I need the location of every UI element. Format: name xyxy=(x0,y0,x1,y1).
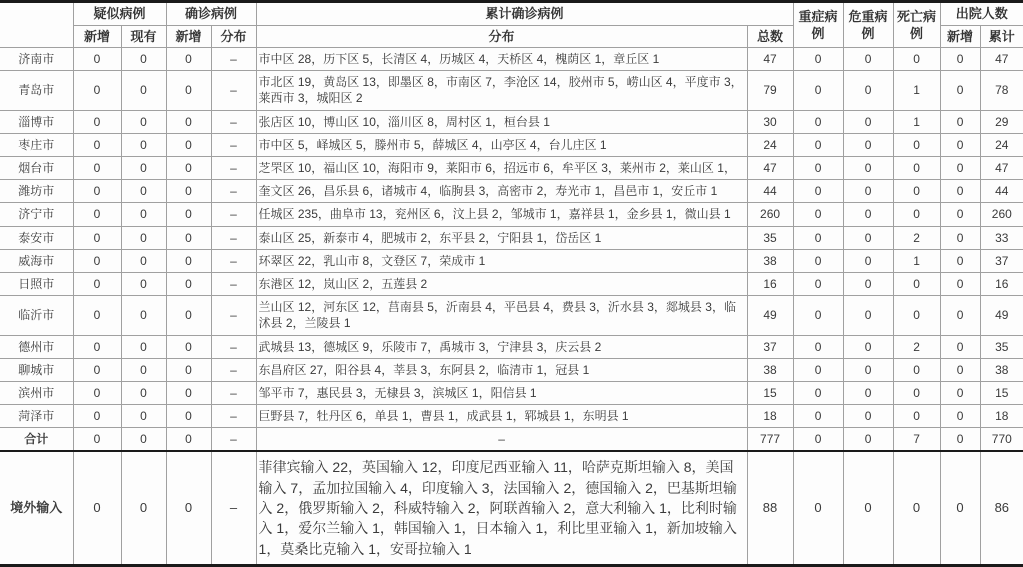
table-body: 济南市000–市中区 28，历下区 5，长清区 4，历城区 4，天桥区 4，槐荫… xyxy=(0,48,1023,566)
cell-suspected-new: 0 xyxy=(73,71,121,110)
cell-severe: 0 xyxy=(793,203,843,226)
cell-confirmed-dist: – xyxy=(211,48,256,71)
table-row: 潍坊市000–奎文区 26，昌乐县 6，诸城市 4，临朐县 3，高密市 2，寿光… xyxy=(0,180,1023,203)
cell-discharged-new: 0 xyxy=(940,381,980,404)
cell-suspected-existing: 0 xyxy=(121,249,166,272)
cell-suspected-new: 0 xyxy=(73,451,121,565)
cell-death: 0 xyxy=(893,381,940,404)
cell-confirmed-new: 0 xyxy=(166,110,211,133)
cell-critical: 0 xyxy=(843,335,893,358)
cell-critical: 0 xyxy=(843,226,893,249)
cell-cumulative-distribution: 邹平市 7，惠民县 3，无棣县 3，滨城区 1，阳信县 1 xyxy=(256,381,747,404)
cell-severe: 0 xyxy=(793,249,843,272)
confirmed-dist-header: 分布 xyxy=(211,25,256,48)
cell-cumulative-distribution: 泰山区 25，新泰市 4，肥城市 2，东平县 2，宁阳县 1，岱岳区 1 xyxy=(256,226,747,249)
cell-suspected-existing: 0 xyxy=(121,381,166,404)
cell-suspected-new: 0 xyxy=(73,203,121,226)
cell-discharged-cum: 35 xyxy=(980,335,1023,358)
cell-discharged-cum: 33 xyxy=(980,226,1023,249)
severe-cases-header: 重症病例 xyxy=(793,2,843,48)
cell-confirmed-new: 0 xyxy=(166,157,211,180)
cell-confirmed-new: 0 xyxy=(166,180,211,203)
death-cases-header: 死亡病例 xyxy=(893,2,940,48)
cell-severe: 0 xyxy=(793,110,843,133)
cell-discharged-new: 0 xyxy=(940,249,980,272)
cell-confirmed-dist: – xyxy=(211,180,256,203)
cell-suspected-existing: 0 xyxy=(121,272,166,295)
cell-cumulative-distribution: 奎文区 26，昌乐县 6，诸城市 4，临朐县 3，高密市 2，寿光市 1，昌邑市… xyxy=(256,180,747,203)
cell-severe: 0 xyxy=(793,335,843,358)
cell-discharged-new: 0 xyxy=(940,428,980,452)
epidemic-stats-table: 疑似病例 确诊病例 累计确诊病例 重症病例 危重病例 死亡病例 出院人数 新增 … xyxy=(0,0,1023,567)
cell-confirmed-dist: – xyxy=(211,381,256,404)
cell-cumulative-distribution: 菲律宾输入 22，英国输入 12，印度尼西亚输入 11，哈萨克斯坦输入 8，美国… xyxy=(256,451,747,565)
cell-confirmed-dist: – xyxy=(211,296,256,335)
cell-cumulative-distribution: – xyxy=(256,428,747,452)
cell-death: 2 xyxy=(893,335,940,358)
cell-cumulative-total: 47 xyxy=(747,48,793,71)
cell-discharged-new: 0 xyxy=(940,157,980,180)
cell-cumulative-total: 777 xyxy=(747,428,793,452)
row-label: 枣庄市 xyxy=(0,133,73,156)
cell-death: 7 xyxy=(893,428,940,452)
cell-discharged-new: 0 xyxy=(940,226,980,249)
cell-death: 0 xyxy=(893,203,940,226)
cell-discharged-cum: 24 xyxy=(980,133,1023,156)
cell-confirmed-dist: – xyxy=(211,71,256,110)
cell-confirmed-new: 0 xyxy=(166,48,211,71)
cell-discharged-cum: 78 xyxy=(980,71,1023,110)
cell-suspected-existing: 0 xyxy=(121,71,166,110)
cell-suspected-existing: 0 xyxy=(121,296,166,335)
cell-discharged-new: 0 xyxy=(940,451,980,565)
cell-suspected-new: 0 xyxy=(73,226,121,249)
cell-suspected-existing: 0 xyxy=(121,451,166,565)
cell-discharged-cum: 260 xyxy=(980,203,1023,226)
cell-confirmed-dist: – xyxy=(211,249,256,272)
cell-severe: 0 xyxy=(793,157,843,180)
cell-cumulative-distribution: 巨野县 7，牡丹区 6，单县 1，曹县 1，成武县 1，郓城县 1，东明县 1 xyxy=(256,405,747,428)
cell-death: 1 xyxy=(893,110,940,133)
cell-cumulative-total: 18 xyxy=(747,405,793,428)
table-row: 德州市000–武城县 13，德城区 9，乐陵市 7，禹城市 3，宁津县 3，庆云… xyxy=(0,335,1023,358)
cell-critical: 0 xyxy=(843,180,893,203)
cell-cumulative-distribution: 东港区 12，岚山区 2，五莲县 2 xyxy=(256,272,747,295)
cell-discharged-new: 0 xyxy=(940,358,980,381)
cell-suspected-new: 0 xyxy=(73,296,121,335)
cell-critical: 0 xyxy=(843,71,893,110)
cell-critical: 0 xyxy=(843,358,893,381)
row-label: 威海市 xyxy=(0,249,73,272)
cell-cumulative-total: 47 xyxy=(747,157,793,180)
cell-cumulative-distribution: 东昌府区 27，阳谷县 4，莘县 3，东阿县 2，临清市 1，冠县 1 xyxy=(256,358,747,381)
cell-severe: 0 xyxy=(793,180,843,203)
cell-critical: 0 xyxy=(843,381,893,404)
suspected-existing-header: 现有 xyxy=(121,25,166,48)
cell-cumulative-distribution: 芝罘区 10，福山区 10，海阳市 9，莱阳市 6，招远市 6，牟平区 3，莱州… xyxy=(256,157,747,180)
row-label: 合计 xyxy=(0,428,73,452)
cell-critical: 0 xyxy=(843,428,893,452)
cell-death: 1 xyxy=(893,249,940,272)
row-label: 济南市 xyxy=(0,48,73,71)
cell-discharged-cum: 47 xyxy=(980,48,1023,71)
cell-discharged-cum: 15 xyxy=(980,381,1023,404)
cell-suspected-new: 0 xyxy=(73,157,121,180)
cell-confirmed-dist: – xyxy=(211,335,256,358)
cell-confirmed-dist: – xyxy=(211,110,256,133)
table-row: 济宁市000–任城区 235，曲阜市 13，兖州区 6，汶上县 2，邹城市 1，… xyxy=(0,203,1023,226)
cell-severe: 0 xyxy=(793,428,843,452)
critical-cases-header: 危重病例 xyxy=(843,2,893,48)
cell-confirmed-new: 0 xyxy=(166,203,211,226)
cell-suspected-new: 0 xyxy=(73,48,121,71)
row-label: 菏泽市 xyxy=(0,405,73,428)
cell-cumulative-total: 38 xyxy=(747,358,793,381)
cell-suspected-new: 0 xyxy=(73,272,121,295)
cell-confirmed-new: 0 xyxy=(166,71,211,110)
cell-discharged-new: 0 xyxy=(940,110,980,133)
table-row: 泰安市000–泰山区 25，新泰市 4，肥城市 2，东平县 2，宁阳县 1，岱岳… xyxy=(0,226,1023,249)
cell-critical: 0 xyxy=(843,157,893,180)
table-row: 菏泽市000–巨野县 7，牡丹区 6，单县 1，曹县 1，成武县 1，郓城县 1… xyxy=(0,405,1023,428)
discharged-new-header: 新增 xyxy=(940,25,980,48)
discharged-cum-header: 累计 xyxy=(980,25,1023,48)
cumulative-total-header: 总数 xyxy=(747,25,793,48)
cell-severe: 0 xyxy=(793,451,843,565)
cell-discharged-cum: 29 xyxy=(980,110,1023,133)
cell-death: 0 xyxy=(893,48,940,71)
row-label: 临沂市 xyxy=(0,296,73,335)
cell-suspected-new: 0 xyxy=(73,358,121,381)
cell-cumulative-total: 44 xyxy=(747,180,793,203)
table-row: 滨州市000–邹平市 7，惠民县 3，无棣县 3，滨城区 1，阳信县 11500… xyxy=(0,381,1023,404)
cell-severe: 0 xyxy=(793,358,843,381)
cell-confirmed-new: 0 xyxy=(166,335,211,358)
cell-cumulative-total: 16 xyxy=(747,272,793,295)
cell-discharged-cum: 16 xyxy=(980,272,1023,295)
cell-suspected-new: 0 xyxy=(73,405,121,428)
cell-suspected-new: 0 xyxy=(73,133,121,156)
cumulative-confirmed-group-header: 累计确诊病例 xyxy=(256,2,793,26)
cell-death: 0 xyxy=(893,157,940,180)
cell-cumulative-total: 37 xyxy=(747,335,793,358)
cell-severe: 0 xyxy=(793,71,843,110)
cell-confirmed-dist: – xyxy=(211,133,256,156)
cell-discharged-new: 0 xyxy=(940,48,980,71)
cell-suspected-existing: 0 xyxy=(121,110,166,133)
cell-suspected-existing: 0 xyxy=(121,405,166,428)
cell-critical: 0 xyxy=(843,203,893,226)
cell-cumulative-distribution: 兰山区 12，河东区 12，莒南县 5，沂南县 4，平邑县 4，费县 3，沂水县… xyxy=(256,296,747,335)
cell-suspected-new: 0 xyxy=(73,381,121,404)
cell-critical: 0 xyxy=(843,133,893,156)
cell-cumulative-distribution: 任城区 235，曲阜市 13，兖州区 6，汶上县 2，邹城市 1，嘉祥县 1，金… xyxy=(256,203,747,226)
row-label: 淄博市 xyxy=(0,110,73,133)
cell-cumulative-distribution: 市中区 28，历下区 5，长清区 4，历城区 4，天桥区 4，槐荫区 1，章丘区… xyxy=(256,48,747,71)
cell-confirmed-new: 0 xyxy=(166,451,211,565)
cell-discharged-cum: 37 xyxy=(980,249,1023,272)
row-label: 烟台市 xyxy=(0,157,73,180)
suspected-new-header: 新增 xyxy=(73,25,121,48)
cell-confirmed-new: 0 xyxy=(166,358,211,381)
cell-death: 2 xyxy=(893,226,940,249)
cell-discharged-new: 0 xyxy=(940,296,980,335)
cell-suspected-existing: 0 xyxy=(121,226,166,249)
table-row: 青岛市000–市北区 19，黄岛区 13，即墨区 8，市南区 7，李沧区 14，… xyxy=(0,71,1023,110)
cell-confirmed-dist: – xyxy=(211,428,256,452)
table-header: 疑似病例 确诊病例 累计确诊病例 重症病例 危重病例 死亡病例 出院人数 新增 … xyxy=(0,2,1023,48)
cell-discharged-cum: 49 xyxy=(980,296,1023,335)
cumulative-dist-header: 分布 xyxy=(256,25,747,48)
cell-cumulative-total: 24 xyxy=(747,133,793,156)
cell-discharged-new: 0 xyxy=(940,405,980,428)
cell-death: 0 xyxy=(893,405,940,428)
cell-cumulative-total: 88 xyxy=(747,451,793,565)
cell-confirmed-new: 0 xyxy=(166,381,211,404)
cell-discharged-new: 0 xyxy=(940,133,980,156)
cell-suspected-new: 0 xyxy=(73,428,121,452)
cell-cumulative-total: 38 xyxy=(747,249,793,272)
cell-discharged-new: 0 xyxy=(940,272,980,295)
cell-severe: 0 xyxy=(793,296,843,335)
cell-confirmed-new: 0 xyxy=(166,296,211,335)
discharged-group-header: 出院人数 xyxy=(940,2,1023,26)
cell-death: 1 xyxy=(893,71,940,110)
cell-confirmed-dist: – xyxy=(211,272,256,295)
row-label: 青岛市 xyxy=(0,71,73,110)
cell-suspected-existing: 0 xyxy=(121,133,166,156)
cell-suspected-existing: 0 xyxy=(121,203,166,226)
cell-suspected-new: 0 xyxy=(73,249,121,272)
cell-confirmed-new: 0 xyxy=(166,133,211,156)
cell-death: 0 xyxy=(893,451,940,565)
table-row: 烟台市000–芝罘区 10，福山区 10，海阳市 9，莱阳市 6，招远市 6，牟… xyxy=(0,157,1023,180)
cell-discharged-new: 0 xyxy=(940,203,980,226)
table-row: 合计000––7770070770 xyxy=(0,428,1023,452)
cell-critical: 0 xyxy=(843,110,893,133)
cell-confirmed-dist: – xyxy=(211,203,256,226)
cell-suspected-existing: 0 xyxy=(121,335,166,358)
cell-confirmed-new: 0 xyxy=(166,272,211,295)
cell-suspected-new: 0 xyxy=(73,180,121,203)
cell-critical: 0 xyxy=(843,48,893,71)
cell-cumulative-total: 260 xyxy=(747,203,793,226)
cell-cumulative-total: 49 xyxy=(747,296,793,335)
cell-death: 0 xyxy=(893,133,940,156)
cell-cumulative-distribution: 环翠区 22，乳山市 8，文登区 7，荣成市 1 xyxy=(256,249,747,272)
cell-confirmed-dist: – xyxy=(211,451,256,565)
row-label: 济宁市 xyxy=(0,203,73,226)
cell-severe: 0 xyxy=(793,405,843,428)
cell-suspected-new: 0 xyxy=(73,335,121,358)
cell-cumulative-distribution: 市北区 19，黄岛区 13，即墨区 8，市南区 7，李沧区 14，胶州市 5，崂… xyxy=(256,71,747,110)
cell-cumulative-total: 15 xyxy=(747,381,793,404)
cell-severe: 0 xyxy=(793,48,843,71)
cell-critical: 0 xyxy=(843,451,893,565)
cell-discharged-new: 0 xyxy=(940,180,980,203)
cell-cumulative-distribution: 张店区 10，博山区 10，淄川区 8，周村区 1，桓台县 1 xyxy=(256,110,747,133)
cell-discharged-new: 0 xyxy=(940,335,980,358)
cell-cumulative-total: 79 xyxy=(747,71,793,110)
cell-confirmed-dist: – xyxy=(211,358,256,381)
cell-death: 0 xyxy=(893,358,940,381)
cell-cumulative-distribution: 武城县 13，德城区 9，乐陵市 7，禹城市 3，宁津县 3，庆云县 2 xyxy=(256,335,747,358)
epidemic-report-page: 疑似病例 确诊病例 累计确诊病例 重症病例 危重病例 死亡病例 出院人数 新增 … xyxy=(0,0,1023,567)
row-label: 境外输入 xyxy=(0,451,73,565)
cell-severe: 0 xyxy=(793,226,843,249)
city-column-header xyxy=(0,2,73,48)
cell-suspected-existing: 0 xyxy=(121,157,166,180)
cell-critical: 0 xyxy=(843,249,893,272)
confirmed-cases-group-header: 确诊病例 xyxy=(166,2,256,26)
table-row: 临沂市000–兰山区 12，河东区 12，莒南县 5，沂南县 4，平邑县 4，费… xyxy=(0,296,1023,335)
table-row: 聊城市000–东昌府区 27，阳谷县 4，莘县 3，东阿县 2，临清市 1，冠县… xyxy=(0,358,1023,381)
cell-discharged-cum: 38 xyxy=(980,358,1023,381)
cell-cumulative-total: 35 xyxy=(747,226,793,249)
row-label: 德州市 xyxy=(0,335,73,358)
cell-death: 0 xyxy=(893,272,940,295)
table-row: 枣庄市000–市中区 5，峄城区 5，滕州市 5，薛城区 4，山亭区 4，台儿庄… xyxy=(0,133,1023,156)
cell-severe: 0 xyxy=(793,133,843,156)
cell-confirmed-dist: – xyxy=(211,405,256,428)
cell-discharged-cum: 770 xyxy=(980,428,1023,452)
cell-severe: 0 xyxy=(793,381,843,404)
cell-critical: 0 xyxy=(843,272,893,295)
suspected-cases-group-header: 疑似病例 xyxy=(73,2,166,26)
cell-confirmed-new: 0 xyxy=(166,249,211,272)
cell-death: 0 xyxy=(893,180,940,203)
header-group-row: 疑似病例 确诊病例 累计确诊病例 重症病例 危重病例 死亡病例 出院人数 xyxy=(0,2,1023,26)
row-label: 泰安市 xyxy=(0,226,73,249)
cell-discharged-cum: 86 xyxy=(980,451,1023,565)
cell-confirmed-new: 0 xyxy=(166,226,211,249)
confirmed-new-header: 新增 xyxy=(166,25,211,48)
cell-suspected-existing: 0 xyxy=(121,358,166,381)
table-row: 济南市000–市中区 28，历下区 5，长清区 4，历城区 4，天桥区 4，槐荫… xyxy=(0,48,1023,71)
cell-critical: 0 xyxy=(843,405,893,428)
table-row: 淄博市000–张店区 10，博山区 10，淄川区 8，周村区 1，桓台县 130… xyxy=(0,110,1023,133)
row-label: 日照市 xyxy=(0,272,73,295)
cell-confirmed-new: 0 xyxy=(166,428,211,452)
cell-discharged-cum: 18 xyxy=(980,405,1023,428)
row-label: 滨州市 xyxy=(0,381,73,404)
cell-cumulative-distribution: 市中区 5，峄城区 5，滕州市 5，薛城区 4，山亭区 4，台儿庄区 1 xyxy=(256,133,747,156)
cell-discharged-cum: 44 xyxy=(980,180,1023,203)
cell-critical: 0 xyxy=(843,296,893,335)
table-row: 境外输入000–菲律宾输入 22，英国输入 12，印度尼西亚输入 11，哈萨克斯… xyxy=(0,451,1023,565)
table-row: 日照市000–东港区 12，岚山区 2，五莲县 216000016 xyxy=(0,272,1023,295)
cell-confirmed-new: 0 xyxy=(166,405,211,428)
table-row: 威海市000–环翠区 22，乳山市 8，文登区 7，荣成市 138001037 xyxy=(0,249,1023,272)
cell-suspected-new: 0 xyxy=(73,110,121,133)
cell-confirmed-dist: – xyxy=(211,157,256,180)
cell-discharged-cum: 47 xyxy=(980,157,1023,180)
cell-suspected-existing: 0 xyxy=(121,48,166,71)
cell-death: 0 xyxy=(893,296,940,335)
cell-confirmed-dist: – xyxy=(211,226,256,249)
cell-suspected-existing: 0 xyxy=(121,428,166,452)
cell-discharged-new: 0 xyxy=(940,71,980,110)
cell-suspected-existing: 0 xyxy=(121,180,166,203)
row-label: 潍坊市 xyxy=(0,180,73,203)
cell-severe: 0 xyxy=(793,272,843,295)
cell-cumulative-total: 30 xyxy=(747,110,793,133)
row-label: 聊城市 xyxy=(0,358,73,381)
